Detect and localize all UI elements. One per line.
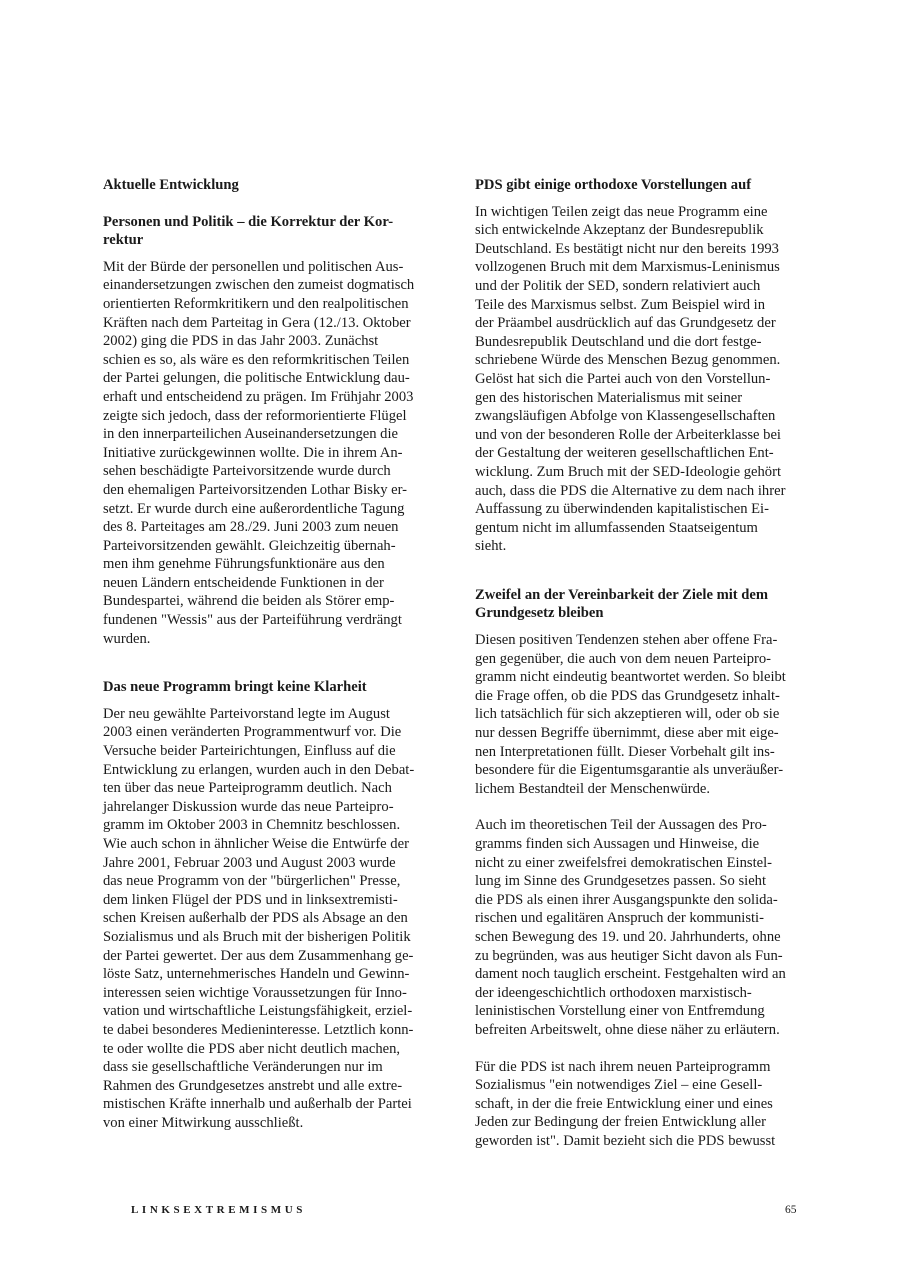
- text-line: und der Politik der SED, sondern relativ…: [475, 277, 805, 296]
- section-heading: Grundgesetz bleiben: [475, 604, 805, 623]
- text-line: der Gestaltung der weiteren gesellschaft…: [475, 444, 805, 463]
- text-line: zeigte sich jedoch, dass der reformorien…: [103, 407, 433, 426]
- text-line: schaft, in der die freie Entwicklung ein…: [475, 1095, 805, 1114]
- text-line: gentum nicht im allumfassenden Staatseig…: [475, 519, 805, 538]
- section-personen-und-politik: Personen und Politik – die Korrektur der…: [103, 213, 433, 649]
- text-line: Jeden zur Bedingung der freien Entwicklu…: [475, 1113, 805, 1132]
- text-line: lung im Sinne des Grundgesetzes passen. …: [475, 872, 805, 891]
- text-line: nur dessen Begriffe übernimmt, diese abe…: [475, 724, 805, 743]
- text-line: dass sie gesellschaftliche Veränderungen…: [103, 1058, 433, 1077]
- text-line: dem linken Flügel der PDS und in linksex…: [103, 891, 433, 910]
- paragraph: Auch im theoretischen Teil der Aussagen …: [475, 816, 805, 1039]
- section-heading: rektur: [103, 231, 433, 250]
- text-line: interessen seien wichtige Voraussetzunge…: [103, 984, 433, 1003]
- paragraph: Mit der Bürde der personellen und politi…: [103, 258, 433, 648]
- text-line: Rahmen des Grundgesetzes anstrebt und al…: [103, 1077, 433, 1096]
- text-line: schien es so, als wäre es den reformkrit…: [103, 351, 433, 370]
- text-line: te dabei besonderes Medieninteresse. Let…: [103, 1021, 433, 1040]
- text-line: geworden ist". Damit bezieht sich die PD…: [475, 1132, 805, 1151]
- paragraph: Für die PDS ist nach ihrem neuen Parteip…: [475, 1058, 805, 1151]
- text-line: lich tatsächlich für sich akzeptieren wi…: [475, 705, 805, 724]
- text-line: auch, dass die PDS die Alternative zu de…: [475, 482, 805, 501]
- text-line: vollzogenen Bruch mit dem Marxismus-Leni…: [475, 258, 805, 277]
- text-line: nicht zu einer zweifelsfrei demokratisch…: [475, 854, 805, 873]
- text-line: setzt. Er wurde durch eine außerordentli…: [103, 500, 433, 519]
- text-line: Teile des Marxismus selbst. Zum Beispiel…: [475, 296, 805, 315]
- text-line: mistischen Kräfte innerhalb und außerhal…: [103, 1095, 433, 1114]
- text-line: schen Kreisen außerhalb der PDS als Absa…: [103, 909, 433, 928]
- text-line: Parteivorsitzenden gewählt. Gleichzeitig…: [103, 537, 433, 556]
- main-heading: Aktuelle Entwicklung: [103, 176, 433, 195]
- text-line: Gelöst hat sich die Partei auch von den …: [475, 370, 805, 389]
- paragraph: Diesen positiven Tendenzen stehen aber o…: [475, 631, 805, 798]
- section-heading: PDS gibt einige orthodoxe Vorstellungen …: [475, 176, 805, 195]
- section-heading: Das neue Programm bringt keine Klarheit: [103, 678, 433, 697]
- text-line: besondere für die Eigentumsgarantie als …: [475, 761, 805, 780]
- text-line: dament noch tauglich erscheint. Festgeha…: [475, 965, 805, 984]
- text-line: jahrelanger Diskussion wurde das neue Pa…: [103, 798, 433, 817]
- text-line: sich entwickelnde Akzeptanz der Bundesre…: [475, 221, 805, 240]
- text-line: schen Bewegung des 19. und 20. Jahrhunde…: [475, 928, 805, 947]
- text-line: Auch im theoretischen Teil der Aussagen …: [475, 816, 805, 835]
- text-line: Der neu gewählte Parteivorstand legte im…: [103, 705, 433, 724]
- text-line: Deutschland. Es bestätigt nicht nur den …: [475, 240, 805, 259]
- section-das-neue-programm: Das neue Programm bringt keine Klarheit …: [103, 678, 433, 1132]
- text-line: erhaft und entscheidend zu prägen. Im Fr…: [103, 388, 433, 407]
- text-line: und von der besonderen Rolle der Arbeite…: [475, 426, 805, 445]
- text-line: rischen und egalitären Anspruch der komm…: [475, 909, 805, 928]
- text-line: nen Interpretationen füllt. Dieser Vorbe…: [475, 743, 805, 762]
- text-line: Diesen positiven Tendenzen stehen aber o…: [475, 631, 805, 650]
- text-line: neuen Ländern entscheidende Funktionen i…: [103, 574, 433, 593]
- text-line: der Partei gewertet. Der aus dem Zusamme…: [103, 947, 433, 966]
- text-line: Mit der Bürde der personellen und politi…: [103, 258, 433, 277]
- text-line: der Präambel ausdrücklich auf das Grundg…: [475, 314, 805, 333]
- text-line: der ideengeschichtlich orthodoxen marxis…: [475, 984, 805, 1003]
- text-line: Auffassung zu überwindenden kapitalistis…: [475, 500, 805, 519]
- text-line: orientierten Reformkritikern und den rea…: [103, 295, 433, 314]
- text-line: gen gegenüber, die auch von dem neuen Pa…: [475, 650, 805, 669]
- text-line: die PDS als einen ihrer Ausgangspunkte d…: [475, 891, 805, 910]
- text-line: 2003 einen veränderten Programmentwurf v…: [103, 723, 433, 742]
- text-line: men ihm genehme Führungsfunktionäre aus …: [103, 555, 433, 574]
- text-line: das neue Programm von der "bürgerlichen"…: [103, 872, 433, 891]
- text-line: gramm nicht eindeutig beantwortet werden…: [475, 668, 805, 687]
- text-line: sehen beschädigte Parteivorsitzende wurd…: [103, 462, 433, 481]
- section-heading: Personen und Politik – die Korrektur der…: [103, 213, 433, 232]
- text-line: einandersetzungen zwischen den zumeist d…: [103, 276, 433, 295]
- text-line: schriebene Würde des Menschen Bezug geno…: [475, 351, 805, 370]
- text-line: des 8. Parteitages am 28./29. Juni 2003 …: [103, 518, 433, 537]
- text-line: befreiten Arbeitswelt, ohne diese näher …: [475, 1021, 805, 1040]
- text-line: fundenen "Wessis" aus der Parteiführung …: [103, 611, 433, 630]
- text-line: wurden.: [103, 630, 433, 649]
- page-number: 65: [785, 1204, 797, 1216]
- text-line: te oder wollte die PDS aber nicht deutli…: [103, 1040, 433, 1059]
- text-line: Wie auch schon in ähnlicher Weise die En…: [103, 835, 433, 854]
- section-heading: Zweifel an der Vereinbarkeit der Ziele m…: [475, 586, 805, 605]
- text-line: der Partei gelungen, die politische Entw…: [103, 369, 433, 388]
- text-line: löste Satz, unternehmerisches Handeln un…: [103, 965, 433, 984]
- text-line: zu begründen, was aus heutiger Sicht dav…: [475, 947, 805, 966]
- text-line: vation und wirtschaftliche Leistungsfähi…: [103, 1002, 433, 1021]
- text-line: ten über das neue Parteiprogramm deutlic…: [103, 779, 433, 798]
- paragraph: Der neu gewählte Parteivorstand legte im…: [103, 705, 433, 1133]
- text-line: gen des historischen Materialismus mit s…: [475, 389, 805, 408]
- text-line: Sozialismus und als Bruch mit der bisher…: [103, 928, 433, 947]
- text-line: Initiative zurückgewinnen wollte. Die in…: [103, 444, 433, 463]
- text-line: Kräften nach dem Parteitag in Gera (12./…: [103, 314, 433, 333]
- text-line: die Frage offen, ob die PDS das Grundges…: [475, 687, 805, 706]
- text-line: wicklung. Zum Bruch mit der SED-Ideologi…: [475, 463, 805, 482]
- text-line: von einer Mitwirkung ausschließt.: [103, 1114, 433, 1133]
- text-line: 2002) ging die PDS in das Jahr 2003. Zun…: [103, 332, 433, 351]
- text-line: Entwicklung zu erlangen, wurden auch in …: [103, 761, 433, 780]
- left-column: Aktuelle Entwicklung Personen und Politi…: [103, 176, 433, 1133]
- text-line: Bundesrepublik Deutschland und die dort …: [475, 333, 805, 352]
- text-line: gramms finden sich Aussagen und Hinweise…: [475, 835, 805, 854]
- text-line: leninistischen Vorstellung einer von Ent…: [475, 1002, 805, 1021]
- text-line: In wichtigen Teilen zeigt das neue Progr…: [475, 203, 805, 222]
- text-line: gramm im Oktober 2003 in Chemnitz beschl…: [103, 816, 433, 835]
- section-zweifel-an-vereinbarkeit: Zweifel an der Vereinbarkeit der Ziele m…: [475, 586, 805, 1151]
- text-line: sieht.: [475, 537, 805, 556]
- right-column: PDS gibt einige orthodoxe Vorstellungen …: [475, 176, 805, 1151]
- text-line: Versuche beider Parteirichtungen, Einflu…: [103, 742, 433, 761]
- text-line: zwangsläufigen Abfolge von Klassengesell…: [475, 407, 805, 426]
- text-line: Bundespartei, während die beiden als Stö…: [103, 592, 433, 611]
- text-line: Für die PDS ist nach ihrem neuen Parteip…: [475, 1058, 805, 1077]
- text-line: Jahre 2001, Februar 2003 und August 2003…: [103, 854, 433, 873]
- text-line: Sozialismus "ein notwendiges Ziel – eine…: [475, 1076, 805, 1095]
- text-line: in den innerparteilichen Auseinandersetz…: [103, 425, 433, 444]
- text-line: lichem Bestandteil der Menschenwürde.: [475, 780, 805, 799]
- text-line: den ehemaligen Parteivorsitzenden Lothar…: [103, 481, 433, 500]
- paragraph: In wichtigen Teilen zeigt das neue Progr…: [475, 203, 805, 556]
- footer-section-label: LINKSEXTREMISMUS: [131, 1204, 306, 1216]
- section-pds-gibt-vorstellungen-auf: PDS gibt einige orthodoxe Vorstellungen …: [475, 176, 805, 556]
